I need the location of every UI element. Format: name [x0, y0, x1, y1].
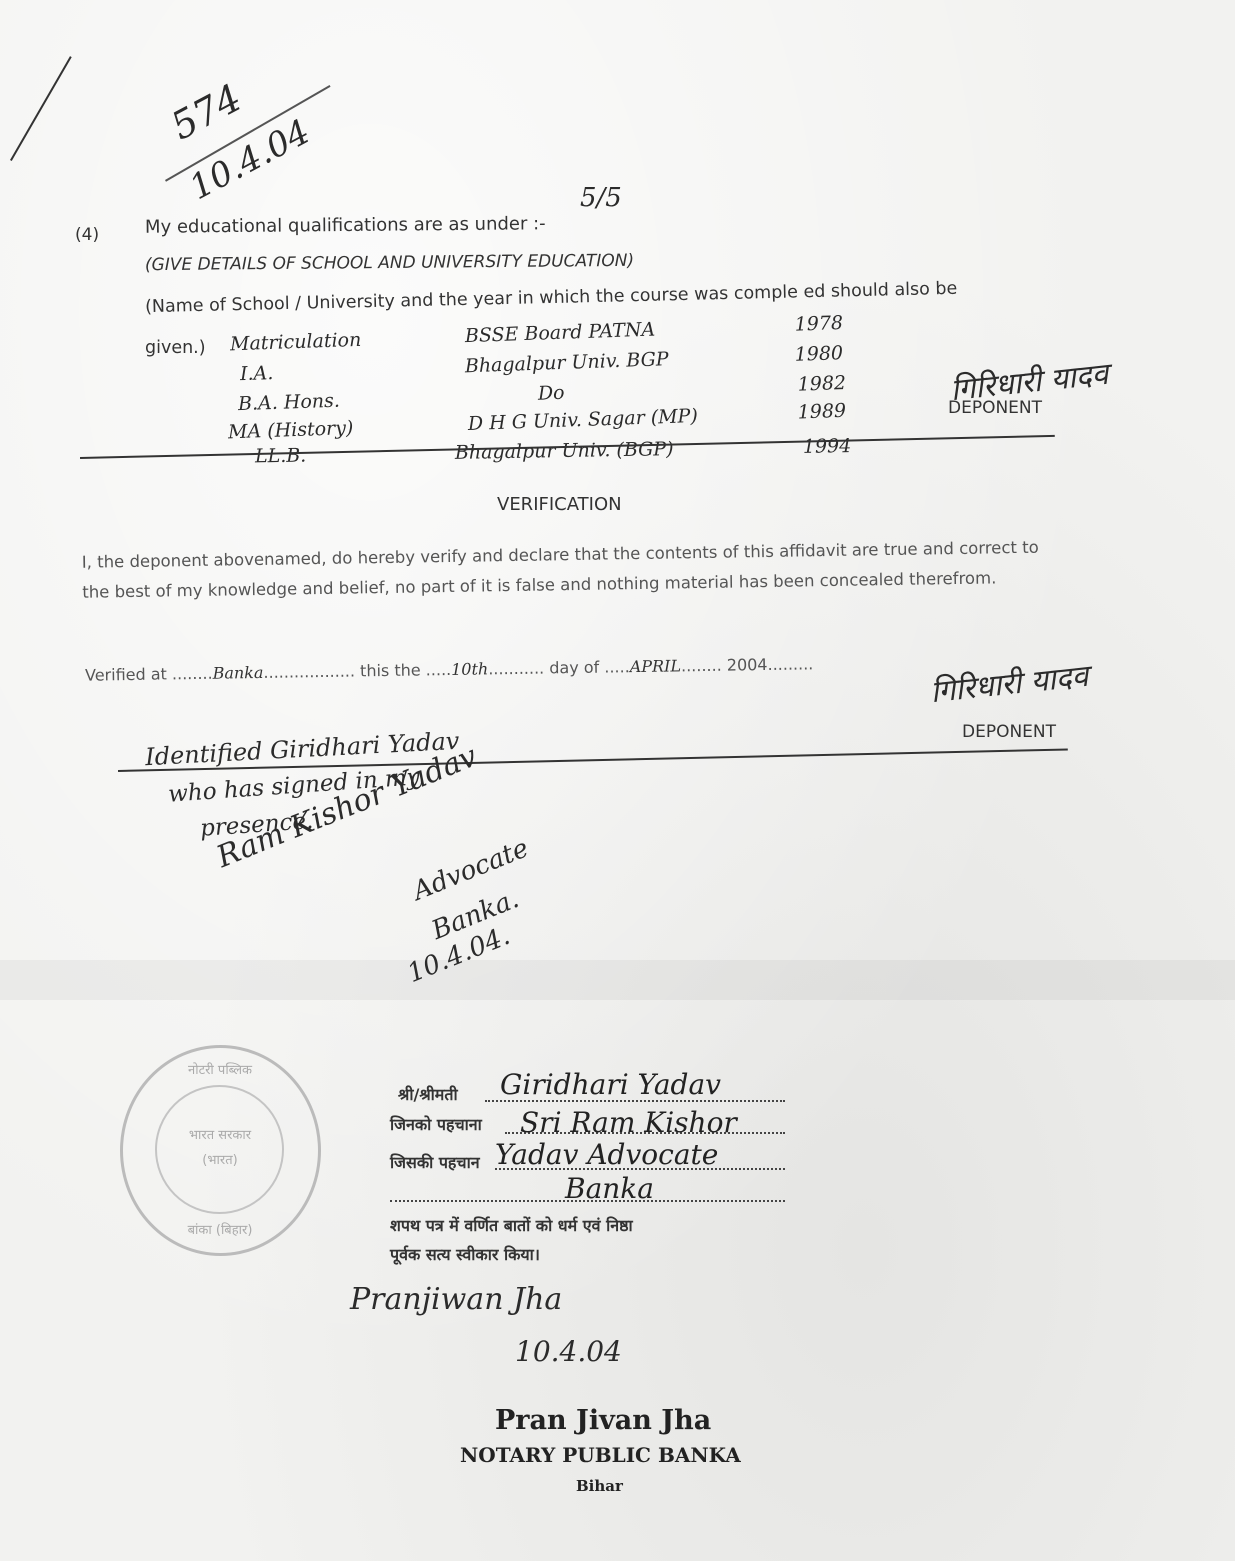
qualification-year: 1982	[797, 372, 846, 396]
deponent-signature: गिरिधारी यादव	[928, 654, 1090, 711]
qualification-year: 1994	[803, 435, 852, 458]
notary-name: Pran Jivan Jha	[495, 1405, 711, 1436]
verified-at-label: Verified at	[85, 664, 167, 684]
endorsement-label-3: जिसकी पहचान	[390, 1151, 480, 1173]
section-number: (4)	[75, 225, 99, 245]
section-subtitle: (GIVE DETAILS OF SCHOOL AND UNIVERSITY E…	[145, 251, 634, 275]
notary-signature: Pranjiwan Jha	[350, 1282, 562, 1317]
endorsement-value-4: Banka	[565, 1172, 654, 1205]
section-title: My educational qualifications are as und…	[145, 213, 546, 237]
endorsement-statement-2: पूर्वक सत्य स्वीकार किया।	[390, 1243, 540, 1265]
endorsement-label-2: जिनको पहचाना	[390, 1113, 482, 1135]
endorsement-value-1: Giridhari Yadav	[500, 1068, 721, 1101]
seal-center-text: भारत सरकार	[165, 1125, 275, 1143]
qualification-course: LL.B.	[255, 445, 307, 468]
notary-title: NOTARY PUBLIC BANKA	[460, 1443, 741, 1467]
qualification-course: I.A.	[240, 362, 274, 385]
corner-pen-mark	[10, 56, 72, 161]
qualification-course: B.A. Hons.	[238, 390, 341, 416]
verified-year: 2004	[727, 655, 768, 675]
verification-title: VERIFICATION	[497, 494, 622, 515]
paper-fold-shadow	[0, 960, 1235, 1000]
qualification-year: 1978	[794, 312, 843, 336]
verification-paragraph: I, the deponent abovenamed, do hereby ve…	[82, 532, 1068, 607]
this-the-label: this the	[360, 660, 421, 680]
qualification-year: 1989	[797, 400, 846, 424]
notary-date: 10.4.04	[515, 1335, 622, 1368]
qualification-institution: Do	[537, 382, 564, 405]
endorsement-value-3: Yadav Advocate	[495, 1138, 718, 1171]
deponent-label: DEPONENT	[948, 398, 1042, 418]
notary-state: Bihar	[576, 1477, 623, 1495]
seal-center-sub: (भारत)	[165, 1150, 275, 1168]
verification-line: Verified at ........Banka...............…	[85, 654, 814, 684]
qualification-course: Matriculation	[230, 329, 362, 356]
endorsement-value-2: Sri Ram Kishor	[520, 1106, 737, 1139]
verified-day: 10th	[451, 659, 488, 679]
verified-month: APRIL	[630, 656, 682, 676]
endorsement-label-1: श्री/श्रीमती	[398, 1083, 458, 1105]
endorsement-statement-1: शपथ पत्र में वर्णित बातों को धर्म एवं नि…	[390, 1214, 633, 1236]
section-note-end: given.)	[145, 338, 206, 358]
qualification-institution: Bhagalpur Univ. (BGP)	[455, 438, 674, 464]
page-marker: 5/5	[580, 183, 622, 213]
qualification-course: MA (History)	[228, 417, 354, 443]
verified-at-place: Banka	[212, 663, 263, 683]
day-of-label: day of	[549, 658, 599, 678]
deponent-label: DEPONENT	[962, 722, 1056, 742]
qualification-institution: BSSE Board PATNA	[465, 319, 656, 348]
qualification-year: 1980	[794, 342, 843, 366]
seal-top-text: नोटरी पब्लिक	[160, 1060, 280, 1078]
seal-bottom-text: बांका (बिहार)	[160, 1220, 280, 1238]
